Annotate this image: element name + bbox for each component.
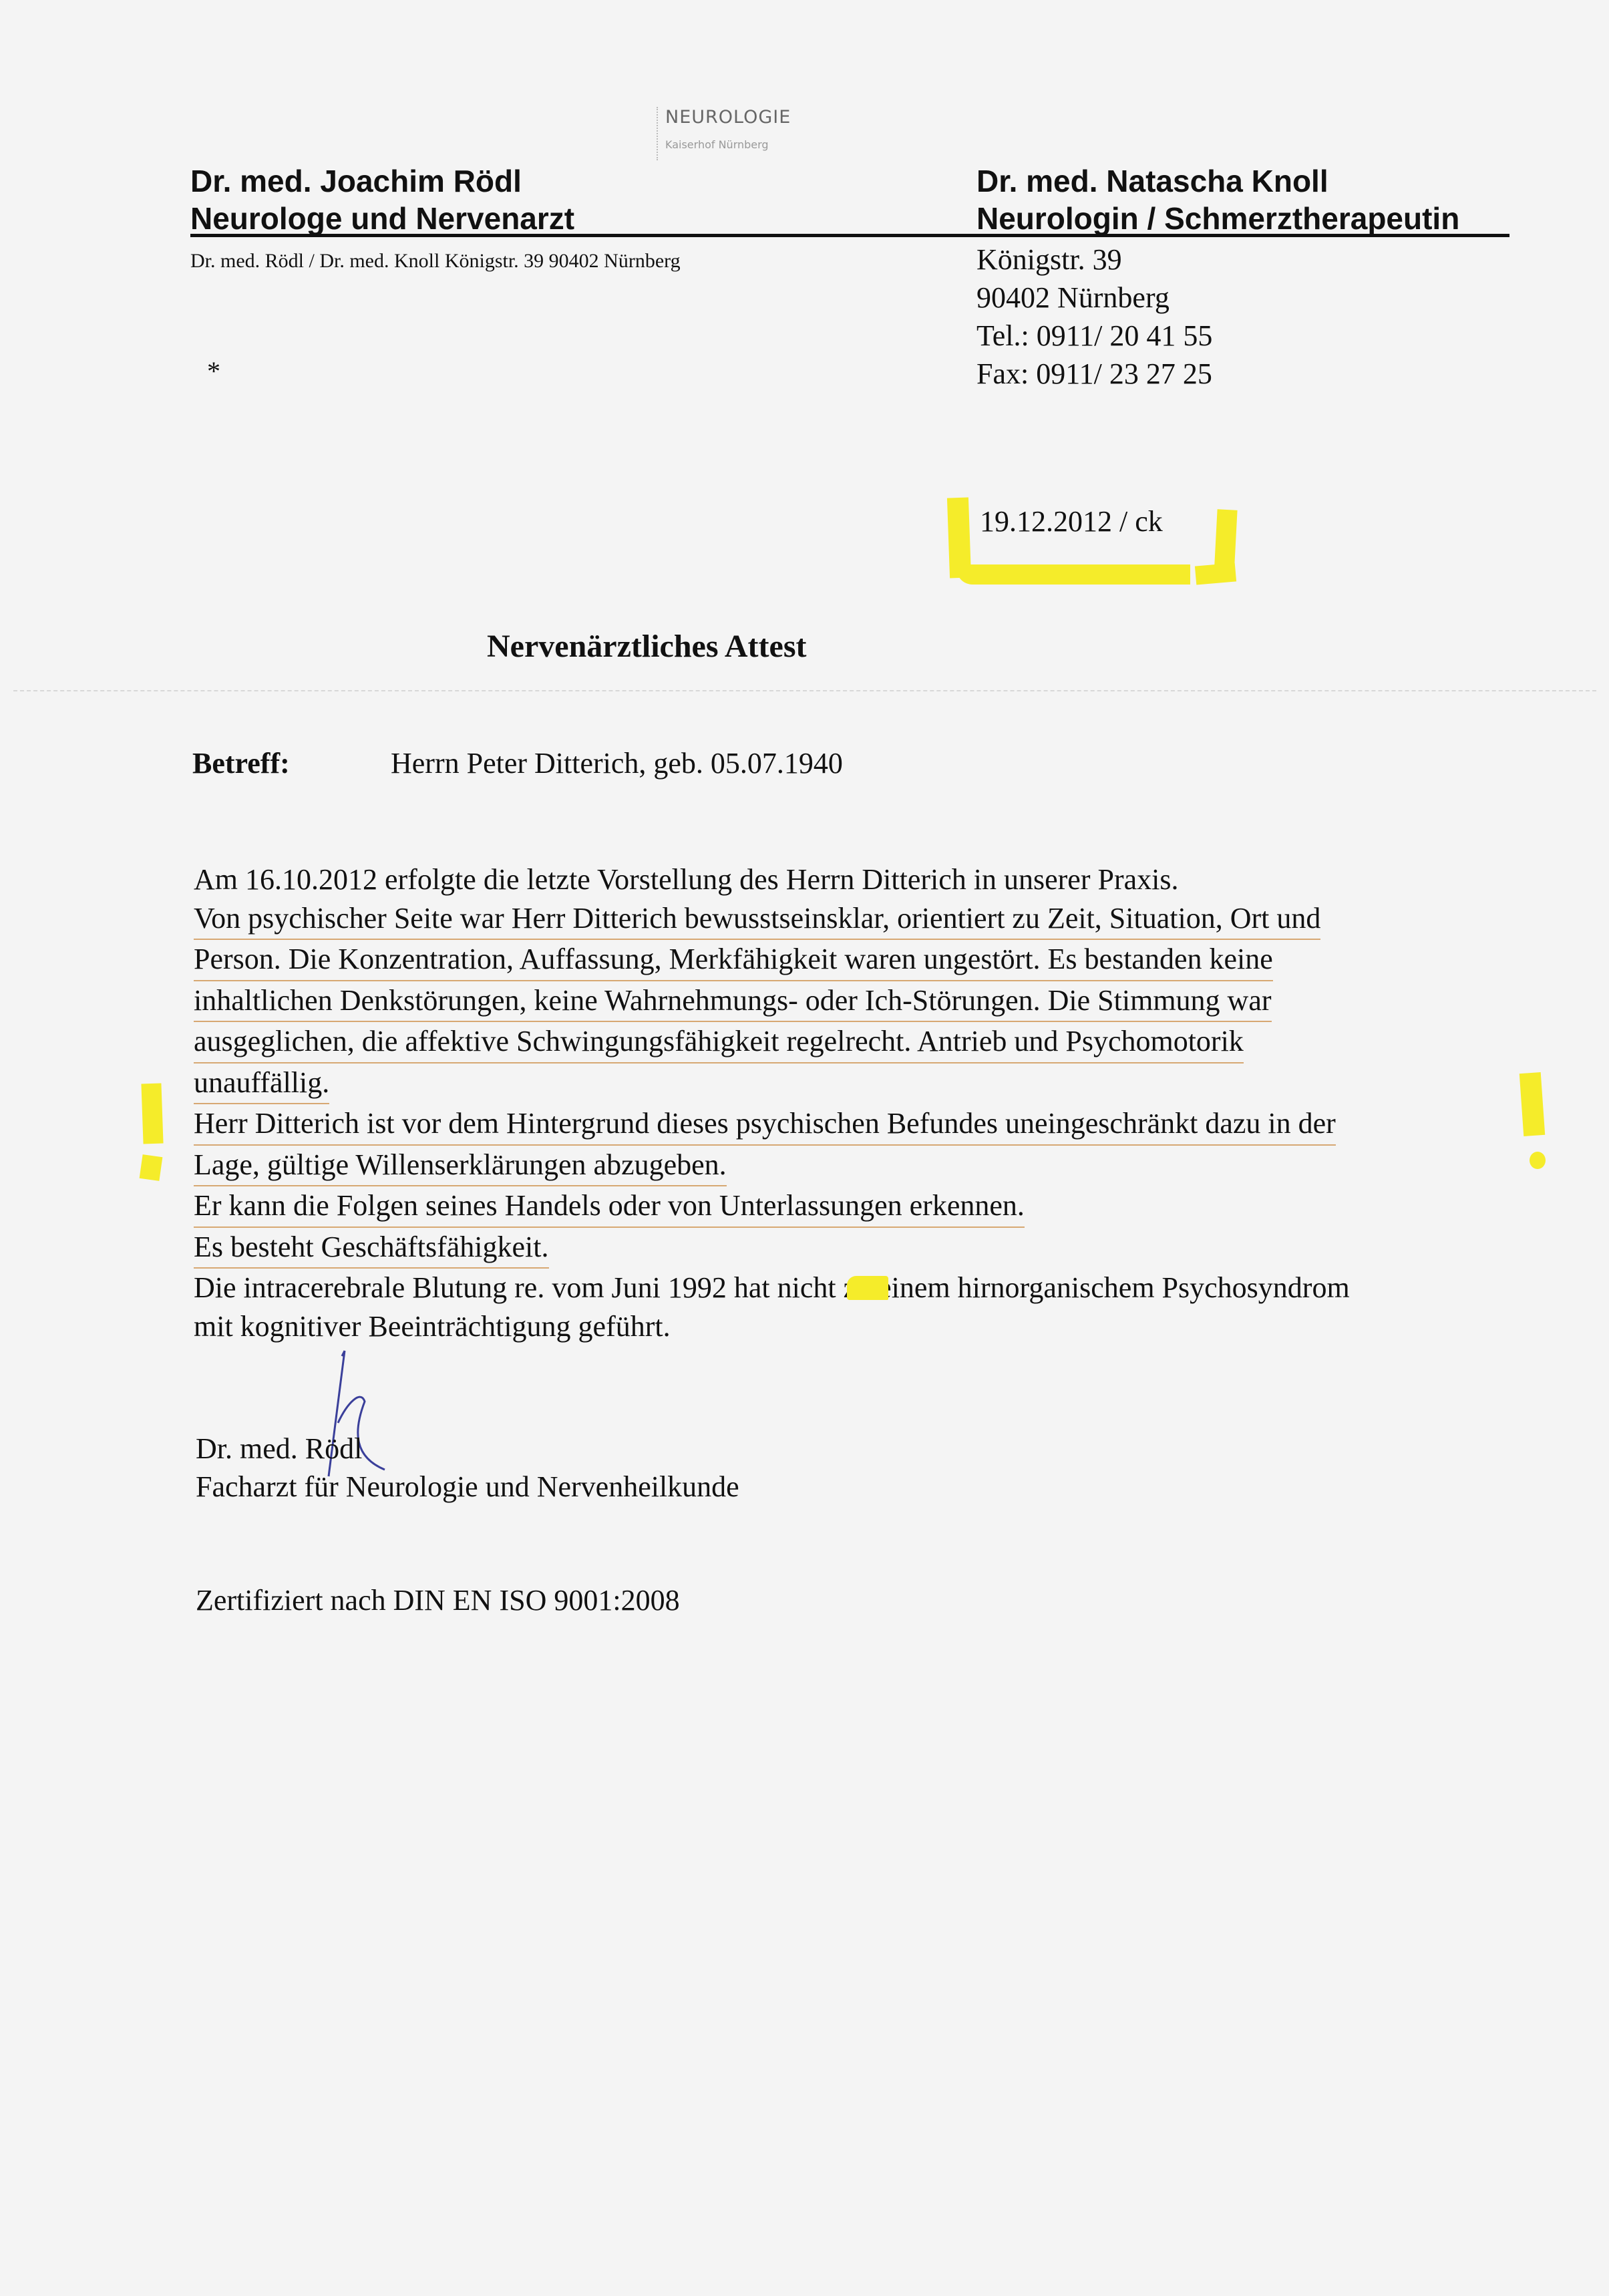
body-line: Lage, gültige Willenserklärungen abzugeb…	[194, 1146, 727, 1187]
subject-label: Betreff:	[192, 746, 290, 780]
body-line: inhaltlichen Denkstörungen, keine Wahrne…	[194, 981, 1272, 1023]
recipient-marker: *	[207, 355, 220, 387]
practice-contact-block: Königstr. 39 90402 Nürnberg Tel.: 0911/ …	[976, 240, 1212, 393]
body-line: Am 16.10.2012 erfolgte die letzte Vorste…	[194, 860, 1350, 899]
doctor-left-title: Neurologe und Nervenarzt	[190, 200, 574, 236]
document-title: Nervenärztliches Attest	[487, 628, 806, 665]
logo-mark	[657, 107, 659, 160]
doctor-right-name: Dr. med. Natascha Knoll	[976, 163, 1328, 199]
doctor-left-name: Dr. med. Joachim Rödl	[190, 163, 522, 199]
practice-phone: Tel.: 0911/ 20 41 55	[976, 317, 1212, 355]
body-line: Herr Ditterich ist vor dem Hintergrund d…	[194, 1104, 1336, 1146]
highlight-bracket-bottom	[956, 564, 1190, 585]
letter-date: 19.12.2012 / ck	[980, 504, 1163, 538]
signatory-name: Dr. med. Rödl	[196, 1432, 362, 1466]
signatory-role: Facharzt für Neurologie und Nervenheilku…	[196, 1470, 739, 1504]
sender-address-line: Dr. med. Rödl / Dr. med. Knoll Königstr.…	[190, 250, 681, 273]
practice-city: 90402 Nürnberg	[976, 279, 1212, 317]
body-line: Die intracerebrale Blutung re. vom Juni …	[194, 1269, 1350, 1307]
body-line: unauffällig.	[194, 1063, 329, 1105]
practice-street: Königstr. 39	[976, 240, 1212, 279]
exclamation-mark-right	[1522, 1073, 1548, 1140]
attest-body: Am 16.10.2012 erfolgte die letzte Vorste…	[194, 860, 1350, 1345]
practice-fax: Fax: 0911/ 23 27 25	[976, 355, 1212, 393]
nicht-highlight	[847, 1276, 888, 1300]
date-highlight: 19.12.2012 / ck	[943, 498, 1244, 588]
fold-line	[13, 690, 1596, 691]
logo-title: NEUROLOGIE	[665, 107, 791, 128]
doctor-right-title: Neurologin / Schmerztherapeutin	[976, 200, 1459, 236]
body-line: ausgeglichen, die affektive Schwingungsf…	[194, 1022, 1244, 1063]
body-line: Es besteht Geschäftsfähigkeit.	[194, 1228, 549, 1269]
practice-logo: NEUROLOGIE Kaiserhof Nürnberg	[665, 107, 791, 151]
subject-value: Herrn Peter Ditterich, geb. 05.07.1940	[391, 746, 843, 780]
highlight-bracket-right	[1214, 509, 1237, 577]
certification-note: Zertifiziert nach DIN EN ISO 9001:2008	[196, 1583, 680, 1617]
body-line: Person. Die Konzentration, Auffassung, M…	[194, 940, 1273, 981]
body-line: Er kann die Folgen seines Handels oder v…	[194, 1186, 1025, 1228]
exclamation-mark-left	[142, 1084, 162, 1144]
body-line: Von psychischer Seite war Herr Ditterich…	[194, 899, 1320, 941]
logo-subtitle: Kaiserhof Nürnberg	[665, 138, 791, 151]
